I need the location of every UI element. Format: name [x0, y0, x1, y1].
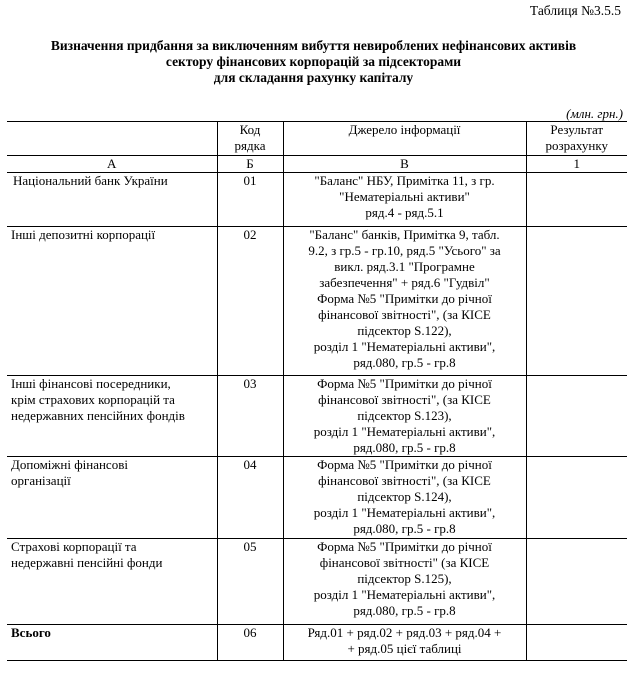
row-name: Інші фінансові посередники, крім страхов…: [7, 376, 217, 457]
column-letter: Б: [217, 156, 283, 173]
row-source: Форма №5 "Примітки до річної фінансової …: [283, 376, 526, 457]
title-line: для складання рахунку капіталу: [0, 70, 627, 86]
table-row: Інші фінансові посередники, крім страхов…: [7, 376, 627, 457]
row-name: Допоміжні фінансові організації: [7, 457, 217, 539]
header-code: Код рядка: [217, 122, 283, 156]
row-code: 05: [217, 539, 283, 625]
row-name: Інші депозитні корпорації: [7, 227, 217, 376]
header-row: Код рядка Джерело інформації Результат р…: [7, 122, 627, 156]
row-source: "Баланс" банків, Примітка 9, табл. 9.2, …: [283, 227, 526, 376]
row-code: 01: [217, 173, 283, 227]
header-source: Джерело інформації: [283, 122, 526, 156]
total-row: Всього 06 Ряд.01 + ряд.02 + ряд.03 + ряд…: [7, 625, 627, 661]
data-table: Код рядка Джерело інформації Результат р…: [7, 121, 627, 661]
column-letter: А: [7, 156, 217, 173]
column-letters-row: А Б В 1: [7, 156, 627, 173]
row-name: Всього: [7, 625, 217, 661]
table-row: Національний банк України 01 "Баланс" НБ…: [7, 173, 627, 227]
title-line: Визначення придбання за виключенням вибу…: [0, 38, 627, 54]
row-result: [526, 227, 627, 376]
row-name: Національний банк України: [7, 173, 217, 227]
row-result: [526, 625, 627, 661]
row-result: [526, 376, 627, 457]
row-code: 04: [217, 457, 283, 539]
units-label: (млн. грн.): [566, 106, 623, 122]
row-code: 03: [217, 376, 283, 457]
table-row: Допоміжні фінансові організації 04 Форма…: [7, 457, 627, 539]
header-result: Результат розрахунку: [526, 122, 627, 156]
row-code: 02: [217, 227, 283, 376]
column-letter: 1: [526, 156, 627, 173]
row-result: [526, 173, 627, 227]
table-title: Визначення придбання за виключенням вибу…: [0, 38, 627, 86]
row-source: Форма №5 "Примітки до річної фінансової …: [283, 457, 526, 539]
row-source: Ряд.01 + ряд.02 + ряд.03 + ряд.04 + + ря…: [283, 625, 526, 661]
row-result: [526, 539, 627, 625]
row-code: 06: [217, 625, 283, 661]
header-name: [7, 122, 217, 156]
row-source: Форма №5 "Примітки до річної фінансової …: [283, 539, 526, 625]
row-result: [526, 457, 627, 539]
column-letter: В: [283, 156, 526, 173]
table-row: Інші депозитні корпорації 02 "Баланс" ба…: [7, 227, 627, 376]
row-source: "Баланс" НБУ, Примітка 11, з гр. "Немате…: [283, 173, 526, 227]
title-line: сектору фінансових корпорацій за підсект…: [0, 54, 627, 70]
table-row: Страхові корпорації та недержавні пенсій…: [7, 539, 627, 625]
table-number: Таблиця №3.5.5: [530, 3, 621, 19]
row-name: Страхові корпорації та недержавні пенсій…: [7, 539, 217, 625]
